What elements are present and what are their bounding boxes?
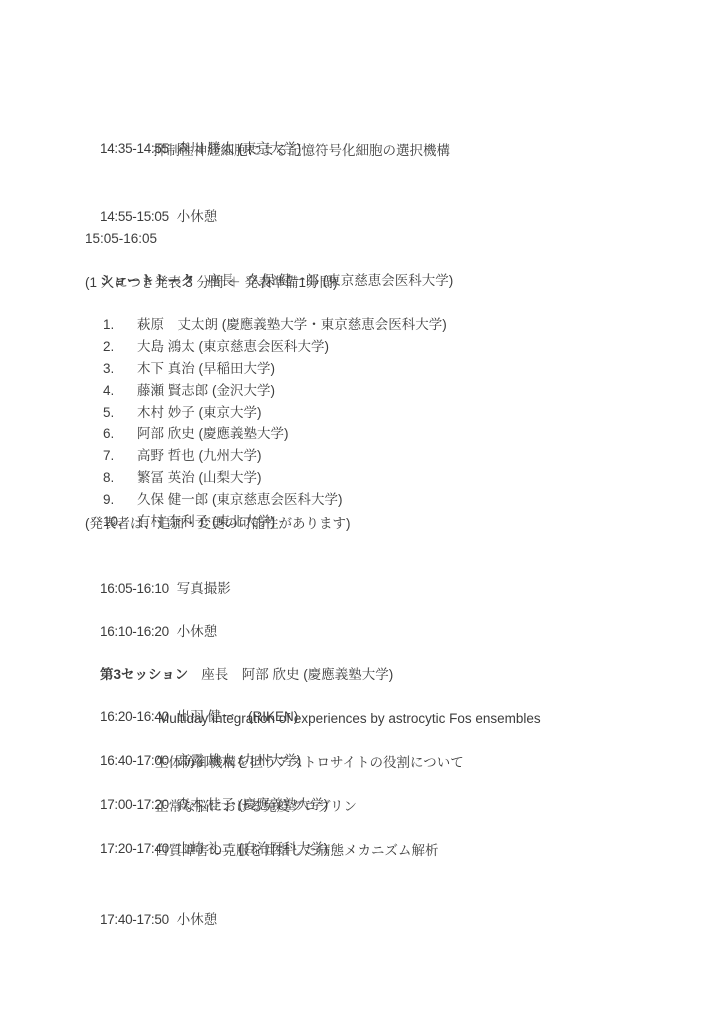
talk-title: 白質障害の克服を目指した病態メカニズム解析 — [155, 841, 439, 861]
break-time: 14:55-15:05 — [100, 209, 169, 224]
break-time: 17:40-17:50 — [100, 912, 169, 927]
session3-heading: 第3セッション — [100, 667, 188, 682]
photo-session-time: 16:05-16:10 — [100, 581, 169, 596]
break-label: 小休憩 — [177, 209, 218, 224]
talk-title: 生体防御機構を担うアストロサイトの役割について — [155, 753, 464, 773]
short-talk-time-row: 15:05-16:05 — [85, 229, 157, 249]
talk-title: 抑制性神経細胞による記憶符号化細胞の選択機構 — [153, 141, 450, 161]
break-entry: 17:40-17:50小休憩 — [85, 890, 217, 950]
break-label: 小休憩 — [177, 624, 218, 639]
program-page: 14:35-14:55森川 勝太 (東京大学) 抑制性神経細胞による記憶符号化細… — [0, 0, 724, 1024]
session3-chair: 座長 阿部 欣史 (慶應義塾大学) — [201, 667, 393, 682]
talk-title: 正常な脳における免疫グロブリン — [155, 797, 357, 817]
break-label: 小休憩 — [177, 912, 218, 927]
short-talk-format-note: (1 人につき発表 3 分間 ＋ 発表準備1分間) — [85, 273, 338, 293]
photo-session-label: 写真撮影 — [177, 581, 231, 596]
break-time: 16:10-16:20 — [100, 624, 169, 639]
talk-title: Multiday integration of experiences by a… — [158, 709, 541, 729]
speakers-disclaimer: (発表者は、追加・変更の可能性があります) — [85, 514, 351, 534]
